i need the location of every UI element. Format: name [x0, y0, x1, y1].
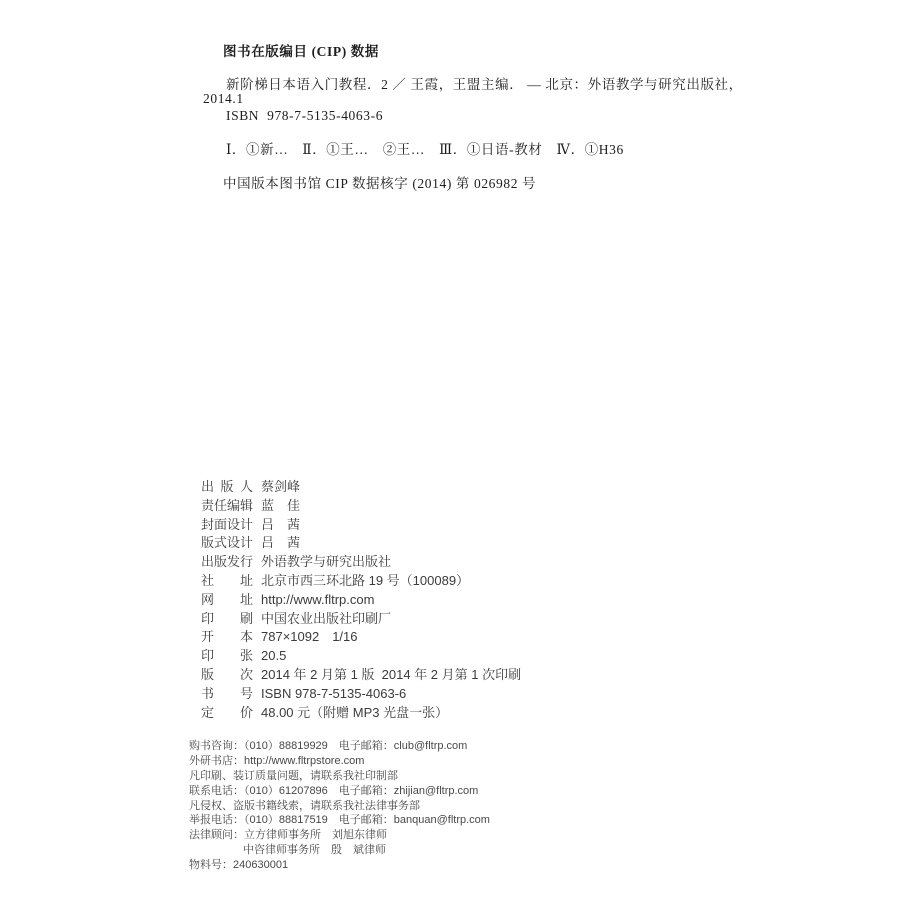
pub-label: 责任编辑 [201, 497, 253, 516]
pub-value: 吕 茜 [261, 516, 300, 535]
publication-info-table: 出版人蔡剑峰 责任编辑蓝 佳 封面设计吕 茜 版式设计吕 茜 出版发行外语教学与… [201, 478, 521, 722]
pub-value: 蓝 佳 [261, 497, 300, 516]
pub-label: 印刷 [201, 610, 253, 629]
pub-value: ISBN 978-7-5135-4063-6 [261, 685, 406, 704]
pub-value: 2014 年 2 月第 1 版 2014 年 2 月第 1 次印刷 [261, 666, 521, 685]
pub-label: 版次 [201, 666, 253, 685]
pub-value: 48.00 元（附赠 MP3 光盘一张） [261, 704, 448, 723]
cip-header: 图书在版编目 (CIP) 数据 [223, 40, 379, 60]
contact-phone-line: 联系电话：（010）61207896 电子邮箱：zhijian@fltrp.co… [189, 784, 490, 799]
pub-label: 社址 [201, 572, 253, 591]
pub-label: 封面设计 [201, 516, 253, 535]
pub-row-edition: 版次2014 年 2 月第 1 版 2014 年 2 月第 1 次印刷 [201, 666, 521, 685]
pub-value: 吕 茜 [261, 534, 300, 553]
pub-row-address: 社址北京市西三环北路 19 号（100089） [201, 572, 521, 591]
pub-label: 书号 [201, 685, 253, 704]
material-number-line: 物料号：240630001 [189, 858, 490, 873]
pub-row-publisher: 出版发行外语教学与研究出版社 [201, 553, 521, 572]
pub-row-layout-design: 版式设计吕 茜 [201, 534, 521, 553]
pub-label: 网址 [201, 591, 253, 610]
cip-entry-line-1: 新阶梯日本语入门教程．2 ／ 王霞，王盟主编． — 北京：外语教学与研究出版社， [226, 73, 743, 93]
pub-label: 出版人 [201, 478, 253, 497]
cip-entry-line-2: 2014.1 [203, 91, 244, 107]
pub-value: 20.5 [261, 647, 286, 666]
report-phone-line: 举报电话：（010）88817519 电子邮箱：banquan@fltrp.co… [189, 813, 490, 828]
pub-value: 中国农业出版社印刷厂 [261, 610, 391, 629]
pub-row-website: 网址http://www.fltrp.com [201, 591, 521, 610]
print-quality-line: 凡印刷、装订质量问题，请联系我社印制部 [189, 769, 490, 784]
pub-row-publisher-person: 出版人蔡剑峰 [201, 478, 521, 497]
cip-record-number: 中国版本图书馆 CIP 数据核字 (2014) 第 026982 号 [223, 172, 536, 192]
pub-value: 外语教学与研究出版社 [261, 553, 391, 572]
pub-value: http://www.fltrp.com [261, 591, 374, 610]
pub-label: 版式设计 [201, 534, 253, 553]
pub-label: 定价 [201, 704, 253, 723]
pub-value: 蔡剑峰 [261, 478, 300, 497]
pub-row-editor: 责任编辑蓝 佳 [201, 497, 521, 516]
pub-value: 北京市西三环北路 19 号（100089） [261, 572, 469, 591]
pub-value: 787×1092 1/16 [261, 628, 358, 647]
contact-info-block: 购书咨询：（010）88819929 电子邮箱：club@fltrp.com 外… [189, 739, 490, 873]
pub-row-printer: 印刷中国农业出版社印刷厂 [201, 610, 521, 629]
pub-label: 出版发行 [201, 553, 253, 572]
pub-label: 印张 [201, 647, 253, 666]
pub-row-book-number: 书号ISBN 978-7-5135-4063-6 [201, 685, 521, 704]
pub-label: 开本 [201, 628, 253, 647]
pub-row-sheets: 印张20.5 [201, 647, 521, 666]
bookstore-line: 外研书店：http://www.fltrpstore.com [189, 754, 490, 769]
legal-counsel-line: 法律顾问：立方律师事务所 刘旭东律师 [189, 828, 490, 843]
pub-row-price: 定价48.00 元（附赠 MP3 光盘一张） [201, 704, 521, 723]
pub-row-cover-design: 封面设计吕 茜 [201, 516, 521, 535]
isbn-line: ISBN 978-7-5135-4063-6 [226, 108, 383, 124]
legal-counsel-line-2: 中咨律师事务所 殷 斌律师 [189, 843, 490, 858]
copyright-page: 图书在版编目 (CIP) 数据 新阶梯日本语入门教程．2 ／ 王霞，王盟主编． … [0, 0, 900, 900]
purchase-inquiry-line: 购书咨询：（010）88819929 电子邮箱：club@fltrp.com [189, 739, 490, 754]
pub-row-format: 开本787×1092 1/16 [201, 628, 521, 647]
piracy-notice-line: 凡侵权、盗版书籍线索，请联系我社法律事务部 [189, 799, 490, 814]
classification-line: Ⅰ．①新… Ⅱ．①王… ②王… Ⅲ．①日语-教材 Ⅳ．①H36 [226, 138, 624, 158]
